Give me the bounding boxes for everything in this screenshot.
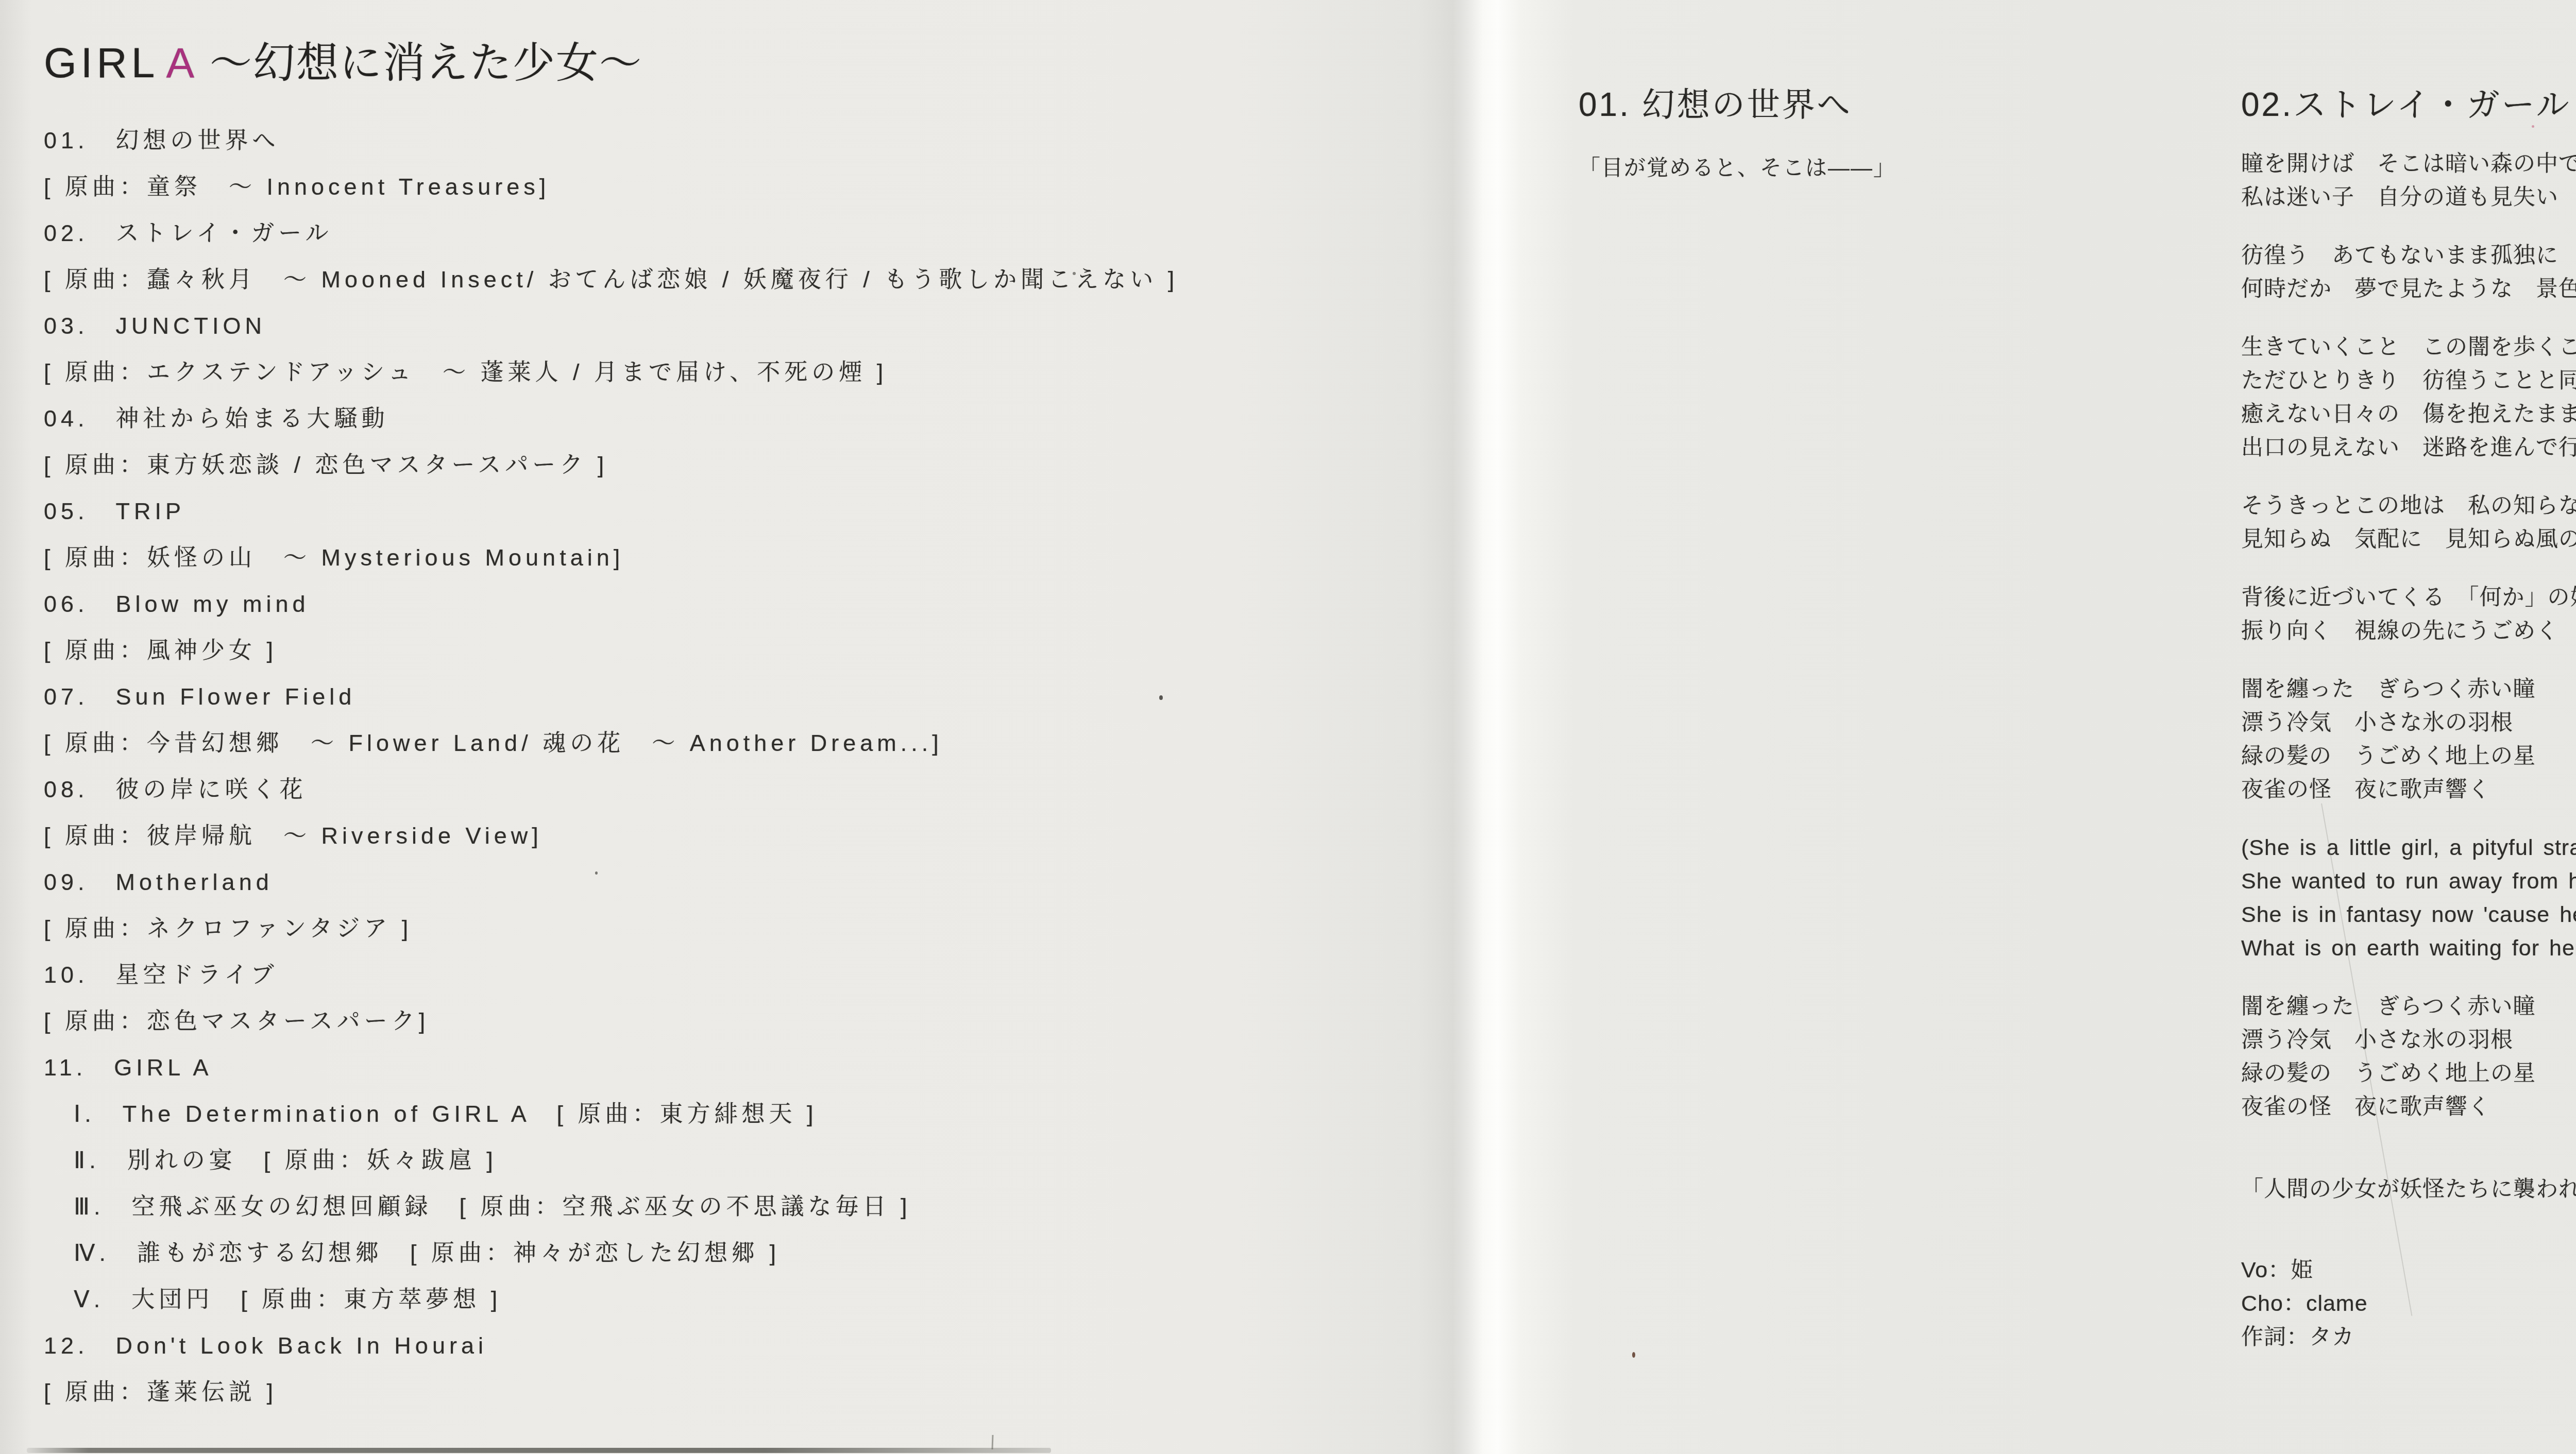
track-01-heading: 01. 幻想の世界へ xyxy=(1579,78,1852,126)
lyrics-stanza-8: 闇を纏った ぎらつく赤い瞳 漂う冷気 小さな氷の羽根 緑の髪の うごめく地上の星… xyxy=(2241,990,2576,1124)
lyrics-line: 何時だか 夢で見たような 景色を 彷徨う xyxy=(2241,272,2576,306)
scan-speck xyxy=(1073,272,1076,275)
track-01-origin: [ 原曲：童祭 ～ Innocent Treasures] xyxy=(44,164,1394,210)
track-11-part-5: Ⅴ. 大団円 [ 原曲：東方萃夢想 ] xyxy=(44,1276,1394,1323)
track-08-origin: [ 原曲：彼岸帰航 ～ Riverside View] xyxy=(44,813,1394,859)
lyrics-line: 夜雀の怪 夜に歌声響く xyxy=(2241,1090,2576,1124)
track-02-credits: Vo：姫 Cho：clame 作詞：タカ xyxy=(2241,1254,2576,1354)
lyrics-line: 出口の見えない 迷路を進んで行く xyxy=(2241,431,2576,465)
scan-speck xyxy=(2532,125,2534,128)
scan-speck xyxy=(595,871,598,875)
scan-bottom-edge-shadow xyxy=(27,1448,1051,1453)
track-02-heading: 02.ストレイ・ガール xyxy=(2241,78,2571,126)
lyrics-line: 彷徨う あてもないまま孤独に 闇の中を xyxy=(2241,239,2576,272)
track-11-title: 11. GIRL A xyxy=(44,1045,1394,1091)
track-01-title: 01. 幻想の世界へ xyxy=(44,117,1394,164)
scan-speck xyxy=(1632,1352,1635,1358)
track-10-origin: [ 原曲：恋色マスタースパーク] xyxy=(44,998,1394,1045)
track-02-lyrics: 瞳を開けば そこは暗い森の中で 私は迷い子 自分の道も見失い 彷徨う あてもない… xyxy=(2241,147,2576,1354)
lyrics-line: 緑の髪の うごめく地上の星 xyxy=(2241,740,2576,773)
track-03-title: 03. JUNCTION xyxy=(44,303,1394,349)
track-05-origin: [ 原曲：妖怪の山 ～ Mysterious Mountain] xyxy=(44,535,1394,581)
lyrics-line: 背後に近づいてくる 「何か」の妖しい影 xyxy=(2241,581,2576,614)
lyrics-line: 夜雀の怪 夜に歌声響く xyxy=(2241,773,2576,807)
lyrics-stanza-3: 生きていくこと この闇を歩くこと ただひとりきり 彷徨うことと同じ 癒えない日々… xyxy=(2241,331,2576,465)
track-10-title: 10. 星空ドライブ xyxy=(44,952,1394,998)
lyrics-line: 生きていくこと この闇を歩くこと xyxy=(2241,331,2576,364)
track-06-title: 06. Blow my mind xyxy=(44,581,1394,627)
track-07-title: 07. Sun Flower Field xyxy=(44,674,1394,720)
lyrics-line: 漂う冷気 小さな氷の羽根 xyxy=(2241,706,2576,740)
lyrics-line: そうきっとこの地は 私の知らない世界で xyxy=(2241,489,2576,523)
lyrics-line: 闇を纏った ぎらつく赤い瞳 xyxy=(2241,673,2576,706)
lyrics-line: 振り向く 視線の先にうごめく 姿は xyxy=(2241,614,2576,648)
lyrics-line: 見知らぬ 気配に 見知らぬ風の香りがする xyxy=(2241,523,2576,556)
track-09-origin: [ 原曲：ネクロファンタジア ] xyxy=(44,905,1394,952)
lyrics-stanza-1: 瞳を開けば そこは暗い森の中で 私は迷い子 自分の道も見失い xyxy=(2241,147,2576,214)
lyrics-line: (She is a little girl, a pityful stray g… xyxy=(2241,831,2576,865)
booklet-scan-background: GIRLA～幻想に消えた少女～ 01. 幻想の世界へ [ 原曲：童祭 ～ Inn… xyxy=(0,0,2576,1454)
track-11-part-1: Ⅰ. The Determination of GIRL A [ 原曲：東方緋想… xyxy=(44,1091,1394,1137)
track-04-title: 04. 神社から始まる大騒動 xyxy=(44,396,1394,442)
track-02-origin: [ 原曲：蠢々秋月 ～ Mooned Insect/ おてんば恋娘 / 妖魔夜行… xyxy=(44,256,1394,303)
track-03-origin: [ 原曲：エクステンドアッシュ ～ 蓬莱人 / 月まで届け、不死の煙 ] xyxy=(44,349,1394,396)
lyrics-stanza-5: 背後に近づいてくる 「何か」の妖しい影 振り向く 視線の先にうごめく 姿は xyxy=(2241,581,2576,648)
album-title-accent-letter: A xyxy=(166,40,194,87)
track-11-part-4: Ⅳ. 誰もが恋する幻想郷 [ 原曲：神々が恋した幻想郷 ] xyxy=(44,1230,1394,1276)
album-title-subtitle: ～幻想に消えた少女～ xyxy=(210,40,642,87)
lyrics-stanza-2: 彷徨う あてもないまま孤独に 闇の中を 何時だか 夢で見たような 景色を 彷徨う xyxy=(2241,239,2576,306)
album-title-text: GIRL xyxy=(44,40,159,87)
lyrics-line: What is on earth waiting for her in this… xyxy=(2241,932,2576,965)
tracklist: 01. 幻想の世界へ [ 原曲：童祭 ～ Innocent Treasures]… xyxy=(44,117,1394,1415)
scan-speck xyxy=(1159,695,1163,700)
lyrics-line: 私は迷い子 自分の道も見失い xyxy=(2241,181,2576,214)
lyrics-line: ただひとりきり 彷徨うことと同じ xyxy=(2241,364,2576,398)
track-12-title: 12. Don't Look Back In Hourai xyxy=(44,1323,1394,1369)
track-02-closing-quote: 「人間の少女が妖怪たちに襲われている……？」 xyxy=(2241,1173,2576,1206)
lyrics-line: 闇を纏った ぎらつく赤い瞳 xyxy=(2241,990,2576,1023)
track-06-origin: [ 原曲：風神少女 ] xyxy=(44,627,1394,674)
track-02-title: 02. ストレイ・ガール xyxy=(44,210,1394,256)
credit-chorus: Cho：clame xyxy=(2241,1287,2576,1321)
track-11-part-2: Ⅱ. 別れの宴 [ 原曲：妖々跋扈 ] xyxy=(44,1137,1394,1184)
track-07-origin: [ 原曲：今昔幻想郷 ～ Flower Land/ 魂の花 ～ Another … xyxy=(44,720,1394,766)
lyrics-stanza-4: そうきっとこの地は 私の知らない世界で 見知らぬ 気配に 見知らぬ風の香りがする xyxy=(2241,489,2576,556)
credit-lyricist: 作詞：タカ xyxy=(2241,1321,2576,1354)
track-11-part-3: Ⅲ. 空飛ぶ巫女の幻想回顧録 [ 原曲：空飛ぶ巫女の不思議な毎日 ] xyxy=(44,1184,1394,1230)
lyrics-line: 漂う冷気 小さな氷の羽根 xyxy=(2241,1023,2576,1057)
lyrics-line: 瞳を開けば そこは暗い森の中で xyxy=(2241,147,2576,181)
track-04-origin: [ 原曲：東方妖恋談 / 恋色マスタースパーク ] xyxy=(44,442,1394,488)
lyrics-stanza-7-english: (She is a little girl, a pityful stray g… xyxy=(2241,831,2576,965)
track-08-title: 08. 彼の岸に咲く花 xyxy=(44,766,1394,813)
track-05-title: 05. TRIP xyxy=(44,488,1394,535)
scan-bottom-tick-mark xyxy=(992,1435,994,1449)
album-title: GIRLA～幻想に消えた少女～ xyxy=(44,40,642,87)
lyrics-stanza-6: 闇を纏った ぎらつく赤い瞳 漂う冷気 小さな氷の羽根 緑の髪の うごめく地上の星… xyxy=(2241,673,2576,807)
track-01-intro-quote: 「目が覚めると、そこは――」 xyxy=(1579,151,1896,182)
lyrics-line: She wanted to run away from hard reality… xyxy=(2241,865,2576,898)
lyrics-line: 癒えない日々の 傷を抱えたままで xyxy=(2241,398,2576,431)
lyrics-line: 緑の髪の うごめく地上の星 xyxy=(2241,1057,2576,1090)
lyrics-line: She is in fantasy now 'cause her wish ca… xyxy=(2241,898,2576,932)
credit-vocal: Vo：姫 xyxy=(2241,1254,2576,1287)
track-09-title: 09. Motherland xyxy=(44,859,1394,905)
track-12-origin: [ 原曲：蓬莱伝説 ] xyxy=(44,1369,1394,1415)
